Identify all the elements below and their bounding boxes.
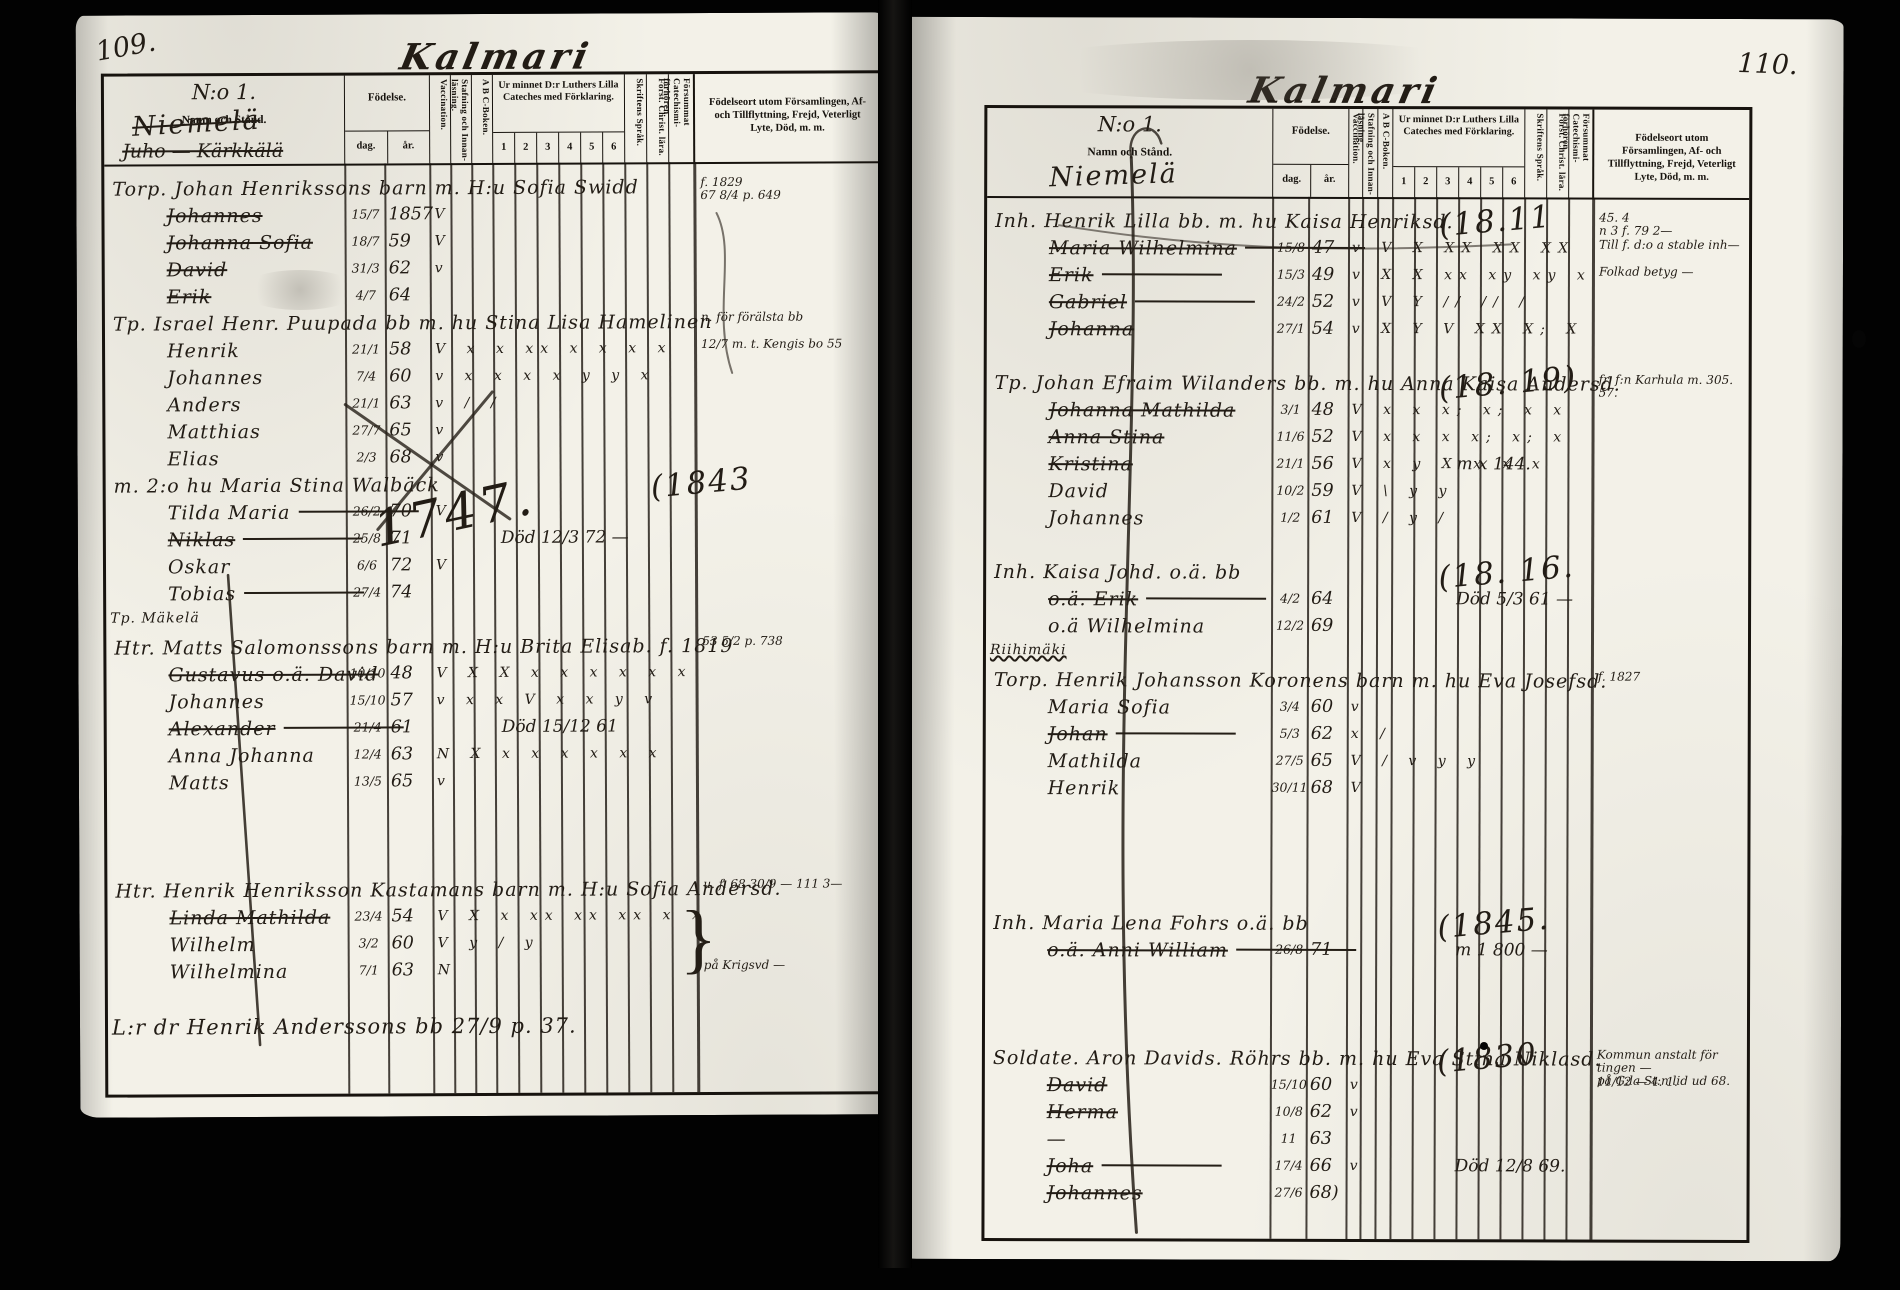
birth-year: 59 — [1311, 481, 1333, 501]
birth-year: 54 — [1312, 319, 1334, 339]
birth-year: 57 — [391, 690, 413, 710]
birth-year: 1857 — [388, 204, 433, 224]
header-name-column: N:o 1. Namn och Stånd. Niemelä — [987, 108, 1272, 197]
person-name: Johanna Mathilda — [1049, 399, 1236, 421]
col-6: 6 — [602, 132, 624, 162]
register-row: Wilhelmina 7/1 63 N på Krigsvd — — [108, 958, 884, 988]
margin-note: Folkad betyg — — [1599, 266, 1747, 279]
blank-rows — [985, 966, 1747, 1049]
header-catechism: Ur minnet D:r Luthers Lilla Cateches med… — [492, 74, 624, 163]
birth-year: 63 — [392, 960, 414, 980]
register-row: Tobias 27/4 74 — [106, 580, 882, 610]
person-name: Henrik — [1048, 777, 1121, 799]
register-row: Anna Johanna 12/4 63 N X x x x x x x — [107, 742, 883, 772]
mid-column-note: Död 12/3 72 — — [501, 527, 629, 548]
birth-year: 47 — [1312, 238, 1334, 258]
register-row: Herma 10/8 62 v — [985, 1101, 1747, 1130]
person-name: Tp. Mäkelä — [110, 610, 200, 626]
header-missed-exams: Försummat Catechismi-förhören. — [668, 74, 693, 162]
birth-year: 59 — [389, 231, 411, 251]
person-name: Erik — [167, 286, 212, 308]
register-table-right: N:o 1. Namn och Stånd. Niemelä Födelse. … — [981, 105, 1752, 1243]
examination-marks: N — [438, 962, 457, 978]
mid-column-note: m x 144. — [1456, 454, 1530, 474]
birth-year: 71 — [1310, 940, 1332, 960]
blank-rows — [985, 804, 1747, 914]
birth-year: 48 — [1312, 400, 1334, 420]
birth-day: 27/7 — [346, 422, 386, 437]
birth-year: 63 — [1310, 1129, 1332, 1149]
scan-speck — [1852, 330, 1866, 348]
person-name: Inh. Maria Lena Fohrs o.ä. bb — [993, 912, 1308, 935]
examination-marks: v x x x x y y x — [435, 367, 655, 384]
birth-year: 72 — [390, 555, 412, 575]
birth-day: 10/10 — [347, 665, 387, 680]
register-row: Oskar 6/6 72 V — [106, 553, 882, 583]
birth-day: 26/8 — [1271, 942, 1307, 957]
register-rows-left: Torp. Johan Henrikssons barn m. H:u Sofi… — [104, 161, 884, 1094]
register-row: Johan 5/3 62 x / — [986, 723, 1748, 752]
header-vaccination: Vaccination. — [429, 75, 450, 163]
examination-marks: V x x x; x; x x — [1352, 402, 1569, 419]
person-name: Niklas — [168, 529, 363, 552]
register-row: Anders 21/1 63 v / / — [105, 391, 881, 421]
birth-year: 49 — [1312, 265, 1334, 285]
scan-smudge — [1000, 40, 1500, 100]
birth-year: 63 — [391, 744, 413, 764]
examination-marks: v — [435, 260, 450, 276]
birth-subheader: dag. år. — [1273, 164, 1348, 197]
examination-marks: V — [1351, 780, 1368, 796]
birth-day: 27/6 — [1271, 1185, 1307, 1200]
birth-year: 64 — [389, 285, 411, 305]
register-row: Johannes 7/4 60 v x x x x y y x — [105, 364, 881, 394]
examination-marks: V x x x x; x; x — [1352, 429, 1569, 446]
register-row: Soldate. Aron Davids. Röhrs bb. m. hu Ev… — [985, 1047, 1747, 1076]
day-label: dag. — [1273, 165, 1310, 197]
right-page: 110. Kalmari N:o 1. Namn och Stånd. Niem… — [896, 17, 1843, 1261]
birth-year: 61 — [391, 717, 413, 737]
person-name: Torp. Johan Henrikssons barn m. H:u Sofi… — [112, 176, 638, 200]
hamlet-name: Niemelä — [131, 105, 261, 143]
birth-day: 31/3 — [346, 260, 386, 275]
birth-day: 15/7 — [345, 206, 385, 221]
person-name: David — [167, 259, 228, 281]
person-name: Johannes — [1047, 1182, 1143, 1204]
margin-note: 11/12 — 4. 1. — [1597, 1076, 1745, 1089]
register-row: Henrik 30/11 68 V — [986, 777, 1748, 806]
examination-marks: v V X XX XX XX — [1352, 240, 1575, 257]
register-row: Erik 15/3 49 v X X xx xy xy x Folkad bet… — [987, 264, 1749, 293]
birth-year: 66 — [1310, 1156, 1332, 1176]
person-name: o.ä. Erik — [1048, 588, 1266, 611]
birth-day: 3/1 — [1273, 402, 1309, 417]
person-name: — — [1047, 1128, 1067, 1150]
header-missed-exams: Försummat Catechismi-förhören. — [1568, 110, 1592, 198]
register-row: Torp. Henrik Johansson Koronens barn m. … — [986, 669, 1748, 698]
examination-marks: v — [1350, 1158, 1365, 1174]
person-name: Htr. Matts Salomonssons barn m. H:u Brit… — [114, 635, 733, 660]
col-2: 2 — [1414, 167, 1436, 197]
person-name: Anna Stina — [1048, 426, 1164, 448]
birth-day: 1/2 — [1272, 510, 1308, 525]
examination-marks: V \ y y — [1351, 483, 1453, 499]
register-row: Johanna 27/1 54 v X Y V XX X; X — [987, 318, 1749, 347]
blank-rows — [107, 796, 883, 880]
hamlet-name: Niemelä — [1049, 158, 1178, 193]
birth-year: 62 — [389, 258, 411, 278]
register-row: Linda Mathilda 23/4 54 V X x xx xx xx x … — [107, 904, 883, 934]
examination-marks: v — [1351, 699, 1366, 715]
mid-column-note: Död 15/12 61 — [502, 716, 618, 737]
register-row: o.ä Wilhelmina 12/2 69 — [986, 615, 1748, 644]
birth-day: 27/4 — [347, 584, 387, 599]
examination-marks: v X X xx xy xy x — [1352, 267, 1592, 284]
person-name: o.ä Wilhelmina — [1048, 615, 1205, 637]
col-5: 5 — [1480, 167, 1502, 197]
register-row: Gustavus o.ä. David 10/10 48 V X X x x x… — [106, 661, 882, 691]
birth-day: 15/10 — [1271, 1077, 1307, 1092]
col-1: 1 — [493, 133, 514, 163]
header-catechism: Ur minnet D:r Luthers Lilla Cateches med… — [1392, 109, 1524, 197]
examination-marks: v x x V x x y v — [437, 691, 660, 708]
birth-subheader: dag. år. — [345, 130, 429, 163]
birth-day: 11 — [1271, 1131, 1307, 1146]
scan-speck — [1480, 1042, 1488, 1050]
examination-marks: V x x xx x x x x — [435, 340, 673, 357]
register-table-left: N:o 1. Namn och Stånd. Niemelä Juho — Kä… — [101, 70, 887, 1097]
register-row: o.ä. Anni William 26/8 71 m 1 800 — — [985, 939, 1747, 968]
birth-day: 24/2 — [1273, 294, 1309, 309]
birth-day: 30/11 — [1272, 780, 1308, 795]
birth-label: Födelse. — [345, 91, 429, 103]
person-name: Matts — [169, 772, 230, 794]
register-row: Maria Sofia 3/4 60 v — [986, 696, 1748, 725]
margin-note: 12/7 m. t. Kengis bo 55 — [701, 337, 879, 351]
register-row: Johannes 15/7 1857 V — [104, 202, 880, 232]
person-name: Inh. Kaisa Johd. o.ä. bb — [994, 561, 1241, 584]
birth-day: 21/1 — [346, 341, 386, 356]
register-row: Anna Stina 11/6 52 V x x x x; x; x — [986, 426, 1748, 455]
person-name: Henrik — [167, 340, 240, 362]
register-row: David 15/10 60 v 11/12 — 4. 1. — [985, 1074, 1747, 1103]
left-page: 109. Kalmari N:o 1. Namn och Stånd. Niem… — [76, 12, 893, 1118]
examination-marks: v / / — [435, 395, 502, 411]
birth-year: 63 — [389, 393, 411, 413]
person-name: Torp. Henrik Johansson Koronens barn m. … — [994, 669, 1607, 693]
person-name: Mathilda — [1048, 750, 1142, 772]
table-header-right: N:o 1. Namn och Stånd. Niemelä Födelse. … — [987, 108, 1749, 200]
examination-marks: V X X x x x x x x — [436, 664, 692, 681]
register-row: — 11 63 — [985, 1128, 1747, 1157]
margin-note: Till f. d:o a stable inh— — [1599, 239, 1747, 252]
birth-year: 68) — [1310, 1183, 1339, 1203]
col-5: 5 — [580, 132, 602, 162]
register-row: Maria Wilhelmina 15/8 47 v V X XX XX XX … — [987, 237, 1749, 266]
name-column-label: Namn och Stånd. — [987, 146, 1272, 159]
birth-year: 61 — [1311, 508, 1333, 528]
register-row: Mathilda 27/5 65 V / v y y — [986, 750, 1748, 779]
register-row: Inh. Henrik Lilla bb. m. hu Kaisa Henrik… — [987, 210, 1749, 239]
register-row: Alexander 21/4 61 Död 15/12 61 — [107, 715, 883, 745]
register-row: Htr. Henrik Henriksson Kastamans barn m.… — [107, 877, 883, 907]
birth-day: 27/5 — [1272, 753, 1308, 768]
register-row: David 31/3 62 v — [105, 256, 881, 286]
household-number: N:o 1. — [104, 80, 344, 105]
examination-marks: N X x x x x x x — [437, 745, 664, 762]
birth-year: 52 — [1312, 427, 1334, 447]
birth-day: 15/3 — [1273, 267, 1309, 282]
person-name: m. 2:o hu Maria Stina Walbäck — [114, 474, 440, 497]
birth-year: 69 — [1311, 616, 1333, 636]
register-row: Htr. Matts Salomonssons barn m. H:u Brit… — [106, 634, 882, 664]
register-row: David 10/2 59 V \ y y — [986, 480, 1748, 509]
birth-day: 15/10 — [348, 692, 388, 707]
birth-year: 60 — [1310, 1075, 1332, 1095]
examination-marks: v — [437, 773, 452, 789]
person-name: Wilhelm — [170, 934, 256, 956]
book-binding — [878, 0, 912, 1268]
birth-day: 7/4 — [346, 368, 386, 383]
register-row: Torp. Johan Henrikssons barn m. H:u Sofi… — [104, 175, 880, 205]
birth-day: 17/4 — [1271, 1158, 1307, 1173]
catechism-subheader: 123456 — [493, 131, 624, 163]
ink-brace: } — [679, 893, 717, 983]
person-name: Anders — [167, 394, 241, 416]
birth-year: 56 — [1311, 454, 1333, 474]
table-header-left: N:o 1. Namn och Stånd. Niemelä Juho — Kä… — [104, 73, 880, 166]
birth-day: 21/4 — [348, 719, 388, 734]
birth-year: 58 — [389, 339, 411, 359]
person-name: Linda Mathilda — [169, 907, 330, 930]
register-row: Gabriel 24/2 52 v V Y // // / — [987, 291, 1749, 320]
birth-year: 52 — [1312, 292, 1334, 312]
header-birth: Födelse. dag. år. — [1272, 109, 1348, 197]
register-row: Inh. Kaisa Johd. o.ä. bb (18. 16. — [986, 561, 1748, 590]
register-row: Henrik 21/1 58 V x x xx x x x x 12/7 m. … — [105, 337, 881, 367]
person-name: Riihimäki — [990, 642, 1067, 658]
examination-marks: x / — [1351, 726, 1392, 742]
birth-day: 11/6 — [1273, 429, 1309, 444]
page-number-left: 109. — [93, 26, 158, 67]
birth-day: 21/1 — [346, 395, 386, 410]
col-2: 2 — [514, 133, 536, 163]
hamlet-subname: Juho — Kärkkälä — [122, 140, 283, 163]
margin-scrawl: (1843 — [649, 461, 753, 506]
examination-marks: V y / y — [438, 935, 540, 951]
birth-year: 60 — [1311, 697, 1333, 717]
examination-marks: V — [436, 557, 453, 573]
register-row: Kristina 21/1 56 V x y X x x x m x 144. — [986, 453, 1748, 482]
person-name: Johannes — [166, 205, 262, 227]
col-3: 3 — [1436, 167, 1458, 197]
register-row: Matthias 27/7 65 v — [105, 418, 881, 448]
examination-marks: V / v y y — [1351, 753, 1482, 769]
examination-marks: V / y / — [1351, 510, 1450, 526]
margin-note: u. f. 68 30/9 — 111 3— — [703, 877, 881, 891]
register-row: Riihimäki — [986, 642, 1748, 671]
person-name: Johan — [1048, 723, 1236, 745]
header-abc-book: A B C-Boken. — [471, 75, 492, 163]
person-name: Gabriel — [1049, 291, 1255, 314]
birth-year: 74 — [390, 582, 412, 602]
margin-note: fr. f:n Karhula m. 305. 57. — [1599, 374, 1747, 400]
person-name: Kristina — [1048, 453, 1132, 475]
margin-note: på Krigsvd — — [704, 958, 882, 972]
scanned-register-spread: 109. Kalmari N:o 1. Namn och Stånd. Niem… — [0, 0, 1900, 1290]
register-rows-right: Inh. Henrik Lilla bb. m. hu Kaisa Henrik… — [984, 196, 1749, 1240]
register-row: Johannes 1/2 61 V / y / — [986, 507, 1748, 536]
mid-column-note: Död 12/8 69. — [1455, 1156, 1566, 1176]
header-abc-book: A B C-Boken. — [1377, 109, 1392, 197]
col-3: 3 — [536, 133, 558, 163]
birth-year: 65 — [391, 771, 413, 791]
person-name: Oskar — [168, 556, 230, 578]
header-notes-column: Födelseort utom Församlingen, Af- och Ti… — [1592, 110, 1749, 198]
birth-day: 2/3 — [346, 449, 386, 464]
examination-marks: V — [434, 206, 451, 222]
person-name: Herma — [1047, 1101, 1118, 1123]
margin-scrawl: (18.11 — [1438, 199, 1553, 244]
year-label: år. — [387, 131, 430, 163]
birth-label: Födelse. — [1273, 125, 1348, 137]
person-name: L:r dr Henrik Anderssons bb 27/9 p. 37. — [112, 1014, 577, 1040]
register-row: Johanna Sofia 18/7 59 V — [105, 229, 881, 259]
birth-year: 64 — [1311, 589, 1333, 609]
birth-day: 23/4 — [348, 908, 388, 923]
birth-day: 12/2 — [1272, 618, 1308, 633]
margin-note: 45. 4n 3 f. 79 2— — [1599, 212, 1747, 238]
margin-note: f. 182967 8/4 p. 649 — [700, 175, 878, 202]
person-name: Anna Johanna — [169, 745, 315, 768]
catechism-subheader: 123456 — [1393, 166, 1524, 197]
register-row: Johannes 27/6 68) — [985, 1182, 1747, 1211]
register-row: Matts 13/5 65 v — [107, 769, 883, 799]
person-name: Joha — [1047, 1155, 1222, 1177]
birth-day: 4/2 — [1272, 591, 1308, 606]
person-name: Elias — [167, 448, 219, 470]
catechism-label: Ur minnet D:r Luthers Lilla Cateches med… — [1393, 114, 1524, 138]
person-name: Wilhelmina — [170, 961, 289, 984]
person-name: Johannes — [167, 367, 263, 389]
birth-year: 54 — [391, 906, 413, 926]
examination-marks: v — [435, 449, 450, 465]
birth-day: 13/5 — [348, 773, 388, 788]
margin-note: 53 5/2 p. 738 — [702, 634, 880, 648]
examination-marks: v — [435, 422, 450, 438]
person-name: David — [1047, 1074, 1108, 1096]
person-name: Inh. Henrik Lilla bb. m. hu Kaisa Henrik… — [995, 210, 1454, 233]
header-birth: Födelse. dag. år. — [344, 75, 429, 163]
register-row: Joha 17/4 66 v Död 12/8 69. — [985, 1155, 1747, 1184]
col-4: 4 — [558, 133, 580, 163]
examination-marks: V — [435, 233, 452, 249]
scan-smudge — [240, 270, 360, 310]
birth-day: 6/6 — [347, 557, 387, 572]
margin-note: n. för förälsta bb — [701, 310, 879, 324]
mid-column-note: Död 5/3 61 — — [1456, 589, 1573, 609]
birth-day: 10/2 — [1272, 483, 1308, 498]
examination-marks: v X Y V XX X; X — [1352, 321, 1584, 338]
birth-day: 3/4 — [1272, 699, 1308, 714]
examination-marks: v — [1350, 1077, 1365, 1093]
person-name: Johannes — [169, 691, 265, 713]
birth-year: 60 — [389, 366, 411, 386]
blank-rows — [108, 985, 884, 1015]
birth-day: 27/1 — [1273, 321, 1309, 336]
birth-year: 68 — [389, 447, 411, 467]
birth-day: 15/8 — [1273, 240, 1309, 255]
examination-marks: v V Y // // / — [1352, 294, 1531, 310]
household-number: N:o 1. — [987, 112, 1272, 137]
person-name: Tp. Israel Henr. Puupada bb m. hu Stina … — [113, 311, 713, 336]
birth-year: 65 — [1311, 751, 1333, 771]
person-name: Erik — [1049, 264, 1222, 286]
col-6: 6 — [1502, 167, 1524, 197]
birth-year: 48 — [390, 663, 412, 683]
day-label: dag. — [345, 131, 387, 163]
header-spelling: Stafning och Innan-läsning. — [1362, 109, 1377, 197]
birth-year: 60 — [392, 933, 414, 953]
person-name: Maria Sofia — [1048, 696, 1171, 718]
mid-column-note: m 1 800 — — [1455, 940, 1548, 960]
birth-day: 3/2 — [349, 935, 389, 950]
person-name: Johanna — [1049, 318, 1134, 340]
register-row: L:r dr Henrik Anderssons bb 27/9 p. 37. — [108, 1012, 884, 1042]
birth-year: 62 — [1310, 1102, 1332, 1122]
blank-rows — [986, 534, 1748, 563]
examination-marks: v — [1350, 1104, 1365, 1120]
register-row: Tp. Johan Efraim Wilanders bb. m. hu Ann… — [987, 372, 1749, 401]
margin-scrawl: (1830 — [1436, 1036, 1540, 1080]
page-title-left: Kalmari — [396, 36, 595, 79]
birth-day: 5/3 — [1272, 726, 1308, 741]
col-1: 1 — [1393, 167, 1414, 197]
birth-year: 68 — [1311, 778, 1333, 798]
page-number-right: 110. — [1737, 48, 1798, 81]
register-row: Johannes 15/10 57 v x x V x x y v — [107, 688, 883, 718]
birth-day: 10/8 — [1271, 1104, 1307, 1119]
person-name: Johanna Sofia — [167, 232, 313, 255]
person-name: Matthias — [167, 421, 261, 443]
birth-year: 62 — [1311, 724, 1333, 744]
blank-rows — [987, 345, 1749, 374]
person-name: Johannes — [1048, 507, 1144, 529]
header-scripture: Skriftens Språk. — [624, 74, 646, 162]
catechism-label: Ur minnet D:r Luthers Lilla Cateches med… — [493, 79, 624, 104]
header-scripture: Skriftens Språk. — [1524, 109, 1546, 197]
register-row: Johanna Mathilda 3/1 48 V x x x; x; x x — [987, 399, 1749, 428]
person-name: David — [1048, 480, 1109, 502]
register-row: Inh. Maria Lena Fohrs o.ä. bb (1845. — [985, 912, 1747, 941]
header-notes-column: Födelseort utom Församlingen, Af- och Ti… — [693, 73, 880, 162]
header-name-column: N:o 1. Namn och Stånd. Niemelä Juho — Kä… — [104, 76, 344, 165]
birth-day: 7/1 — [349, 962, 389, 977]
birth-day: 12/4 — [348, 746, 388, 761]
birth-day: 18/7 — [346, 233, 386, 248]
register-row: Elias 2/3 68 v — [105, 445, 881, 475]
birth-day: 21/1 — [1272, 456, 1308, 471]
person-name: Tobias — [168, 583, 364, 606]
col-4: 4 — [1458, 167, 1480, 197]
examination-marks: V X x xx xx xx x x — [437, 907, 706, 924]
header-spelling: Stafning och Innan-läsning. — [450, 75, 471, 163]
year-label: år. — [1310, 165, 1348, 197]
margin-note: f. 1827 — [1598, 671, 1746, 684]
register-row: o.ä. Erik 4/2 64 Död 5/3 61 — — [986, 588, 1748, 617]
birth-year: 65 — [389, 420, 411, 440]
